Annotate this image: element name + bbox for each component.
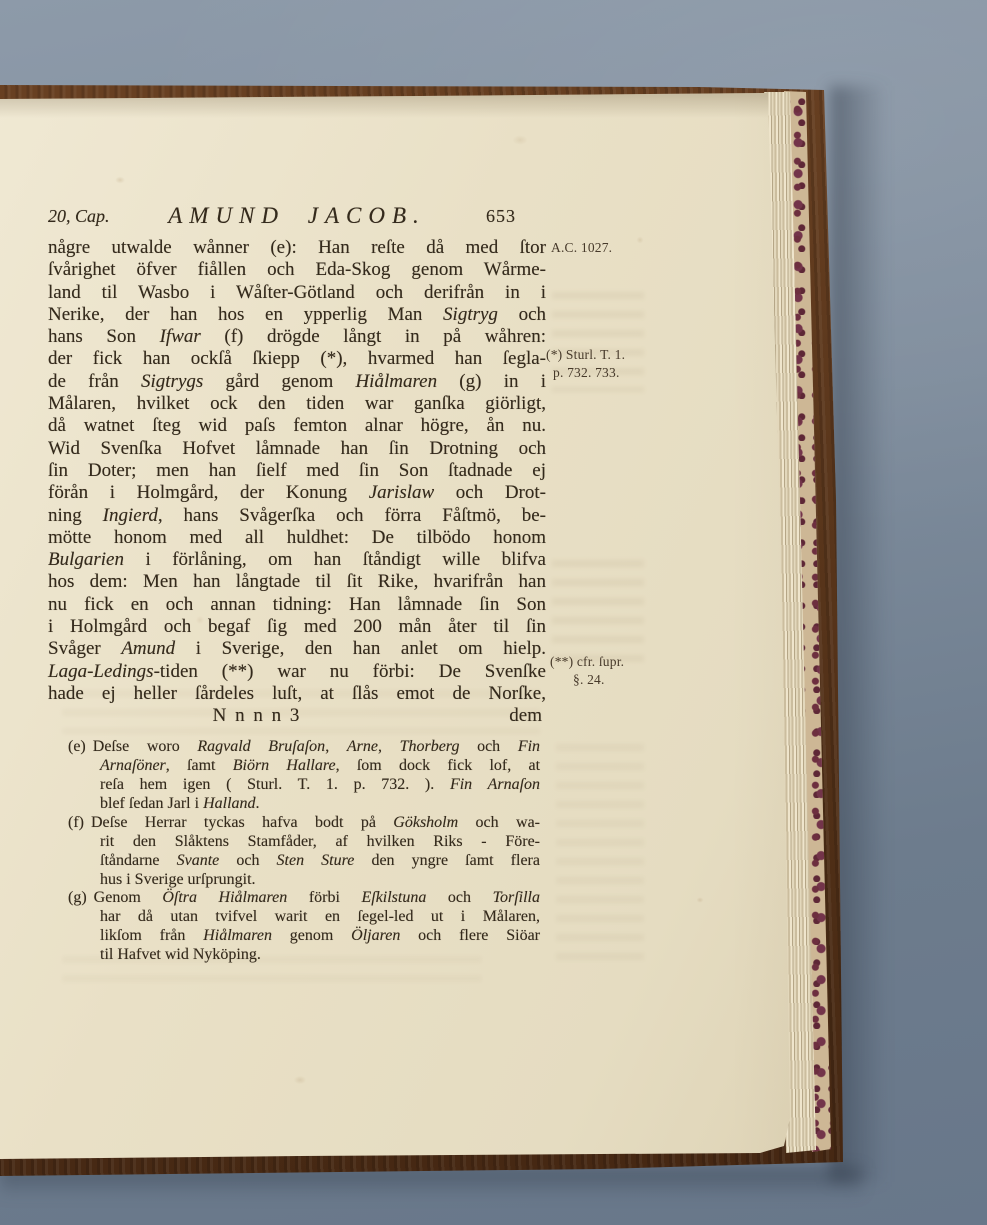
text-segment: förån i Holmgård, der Konung <box>48 482 369 503</box>
body-text: någre utwalde wånner (e): Han reſte då m… <box>48 237 546 705</box>
footnote-label: (g) <box>68 889 87 906</box>
text-segment: blef ſedan Jarl i <box>100 795 203 812</box>
text-line: någre utwalde wånner (e): Han reſte då m… <box>48 237 546 259</box>
text-line: rit den Slåktens Stamfåder, af hvilken R… <box>100 833 540 852</box>
italic-text: Göksholm <box>393 814 458 831</box>
text-segment: hus i Sverige urſprungit. <box>100 871 256 888</box>
text-line: (f)Deſse Herrar tyckas hafva bodt på Gök… <box>100 814 540 833</box>
footnote: (f)Deſse Herrar tyckas hafva bodt på Gök… <box>48 814 540 890</box>
text-line: har då utan tvifvel warit en ſegel-led u… <box>100 908 540 927</box>
italic-text: Laga-Ledings <box>48 661 154 682</box>
italic-text: Amund <box>121 638 175 659</box>
italic-text: Eſkilstuna <box>361 889 426 906</box>
italic-text: Fin Arnaſon <box>450 776 540 793</box>
text-line: Arnaſöner, ſamt Biörn Hallare, ſom dock … <box>100 757 540 776</box>
text-segment: i Holmgård och begaf ſig med 200 mån åte… <box>48 616 546 637</box>
show-through-texture <box>552 560 644 668</box>
text-segment: Målaren, hvilket ock den tiden war ganſk… <box>48 393 546 414</box>
footnote: (e)Deſse woro Ragvald Bruſaſon, Arne, Th… <box>48 738 540 814</box>
text-segment: -tiden (**) war nu förbi: De Svenſke <box>154 661 546 682</box>
text-line: hans Son Ifwar (f) drögde långt in på wå… <box>48 326 546 348</box>
footnotes-section: (e)Deſse woro Ragvald Bruſaſon, Arne, Th… <box>48 738 540 965</box>
text-segment: hans Son <box>48 326 160 347</box>
text-segment: mötte honom med all huldhet: De tilbödo … <box>48 527 546 548</box>
margin-note-line: A.C. 1027. <box>551 239 612 257</box>
text-segment: ſvårighet öfver fiållen och Eda-Skog gen… <box>48 259 546 280</box>
margin-note-line: (*) Sturl. T. 1. <box>546 346 625 364</box>
page-number: 653 <box>486 206 516 227</box>
text-line: (g)Genom Öſtra Hiålmaren förbi Eſkilstun… <box>100 889 540 908</box>
signature-mark: N n n n 3 <box>48 705 466 727</box>
italic-text: Öſtra Hiålmaren <box>162 889 287 906</box>
italic-text: Thorberg <box>400 738 460 755</box>
italic-text: Sigtryg <box>443 304 498 325</box>
text-segment: , ſamt <box>166 757 233 774</box>
italic-text: Svante <box>177 852 220 869</box>
text-segment: reſa hem igen ( Sturl. T. 1. p. 732. ). <box>100 776 450 793</box>
text-line: ſtåndarne Svante och Sten Sture den yngr… <box>100 852 540 871</box>
text-line: (e)Deſse woro Ragvald Bruſaſon, Arne, Th… <box>100 738 540 757</box>
text-segment: ſin Doter; men han ſielf med ſin Son ſta… <box>48 460 546 481</box>
text-line: Svåger Amund i Sverige, den han anlet om… <box>48 638 546 660</box>
text-segment: den yngre ſamt flera <box>354 852 540 869</box>
page-header: 20, Cap. AMUND JACOB. 653 <box>48 203 546 237</box>
italic-text: Sigtrygs <box>141 371 203 392</box>
italic-text: Sten Sture <box>277 852 355 869</box>
text-line: nu fick en och annan tidning: Han låmnad… <box>48 594 546 616</box>
text-segment: til Hafvet wid Nyköping. <box>100 946 261 963</box>
text-line: reſa hem igen ( Sturl. T. 1. p. 732. ). … <box>100 776 540 795</box>
text-segment: ſtåndarne <box>100 852 177 869</box>
text-segment: och flere Siöar <box>400 927 540 944</box>
italic-text: Öljaren <box>351 927 400 944</box>
italic-text: Arne <box>347 738 378 755</box>
italic-text: Arnaſöner <box>100 757 166 774</box>
margin-source-note: (*) Sturl. T. 1. p. 732. 733. <box>546 346 625 381</box>
text-segment: Deſse woro <box>93 738 198 755</box>
text-segment: rit den Slåktens Stamfåder, af hvilken R… <box>100 833 540 850</box>
text-segment: land til Wasbo i Wåſter-Götland och deri… <box>48 282 546 303</box>
text-line: likſom från Hiålmaren genom Öljaren och … <box>100 927 540 946</box>
catchword: dem <box>509 705 542 727</box>
text-segment: har då utan tvifvel warit en ſegel-led u… <box>100 908 540 925</box>
page-content: 20, Cap. AMUND JACOB. 653 någre utwalde … <box>48 203 546 965</box>
text-line: Laga-Ledings-tiden (**) war nu förbi: De… <box>48 661 546 683</box>
text-segment: ning <box>48 505 103 526</box>
text-segment: och <box>498 304 546 325</box>
text-segment: (g) in i <box>437 371 546 392</box>
text-line: ſvårighet öfver fiållen och Eda-Skog gen… <box>48 259 546 281</box>
text-segment: i förlåning, om han ſtåndigt wille blifv… <box>124 549 546 570</box>
text-segment: nu fick en och annan tidning: Han låmnad… <box>48 594 546 615</box>
italic-text: Halland <box>203 795 255 812</box>
text-segment: och <box>459 738 517 755</box>
italic-text: Jarislaw <box>369 482 434 503</box>
text-segment: i Sverige, den han anlet om hielp. <box>175 638 546 659</box>
text-segment: . <box>256 795 260 812</box>
text-segment: Nerike, der han hos en ypperlig Man <box>48 304 443 325</box>
text-line: i Holmgård och begaf ſig med 200 mån åte… <box>48 616 546 638</box>
text-line: Wid Svenſka Hofvet låmnade han ſin Drotn… <box>48 438 546 460</box>
text-segment: Svåger <box>48 638 121 659</box>
text-segment: hade ej heller ſårdeles luſt, at ſlås em… <box>48 683 546 704</box>
text-segment: och <box>219 852 276 869</box>
italic-text: Ifwar <box>160 326 201 347</box>
text-line: Målaren, hvilket ock den tiden war ganſk… <box>48 393 546 415</box>
text-line: hade ej heller ſårdeles luſt, at ſlås em… <box>48 683 546 705</box>
text-line: Bulgarien i förlåning, om han ſtåndigt w… <box>48 549 546 571</box>
margin-crossref-note: (**) cfr. ſupr. §. 24. <box>550 653 624 688</box>
text-line: ning Ingierd, hans Svågerſka och förra F… <box>48 505 546 527</box>
text-line: förån i Holmgård, der Konung Jarislaw oc… <box>48 482 546 504</box>
text-line: hos dem: Men han långtade til ſit Rike, … <box>48 571 546 593</box>
italic-text: Hiålmaren <box>203 927 272 944</box>
text-line: land til Wasbo i Wåſter-Götland och deri… <box>48 282 546 304</box>
italic-text: Bulgarien <box>48 549 124 570</box>
text-segment: och wa- <box>458 814 540 831</box>
text-line: blef ſedan Jarl i Halland. <box>100 795 540 814</box>
italic-text: Ragvald Bruſaſon <box>197 738 325 755</box>
italic-text: Torſilla <box>493 889 540 906</box>
scanned-book-photo: 20, Cap. AMUND JACOB. 653 någre utwalde … <box>0 0 987 1225</box>
text-segment: , <box>325 738 347 755</box>
margin-date-note: A.C. 1027. <box>551 239 612 257</box>
text-segment: någre utwalde wånner (e): Han reſte då m… <box>48 237 546 258</box>
footnote-label: (e) <box>68 738 86 755</box>
text-segment: och <box>426 889 492 906</box>
text-segment: och Drot- <box>434 482 546 503</box>
text-segment: , ſom dock fick lof, at <box>336 757 540 774</box>
text-segment: likſom från <box>100 927 203 944</box>
italic-text: Fin <box>518 738 540 755</box>
text-segment: genom <box>272 927 351 944</box>
text-segment: då watnet ſteg wid paſs femton alnar hög… <box>48 415 546 436</box>
signature-line: N n n n 3 dem <box>48 705 546 729</box>
text-segment: der fick han ockſå ſkiepp (*), hvarmed h… <box>48 348 546 369</box>
italic-text: Ingierd <box>103 505 158 526</box>
text-line: hus i Sverige urſprungit. <box>100 871 540 890</box>
footnote-label: (f) <box>68 814 84 831</box>
text-line: de från Sigtrygs gård genom Hiålmaren (g… <box>48 371 546 393</box>
show-through-texture <box>556 744 644 970</box>
text-segment: gård genom <box>203 371 355 392</box>
text-segment: , <box>378 738 400 755</box>
running-title: AMUND JACOB. <box>48 203 546 229</box>
margin-note-line: p. 732. 733. <box>546 364 625 382</box>
text-line: der fick han ockſå ſkiepp (*), hvarmed h… <box>48 348 546 370</box>
text-segment: hos dem: Men han långtade til ſit Rike, … <box>48 571 546 592</box>
text-line: Nerike, der han hos en ypperlig Man Sigt… <box>48 304 546 326</box>
margin-note-line: (**) cfr. ſupr. <box>550 653 624 671</box>
text-line: til Hafvet wid Nyköping. <box>100 946 540 965</box>
text-segment: , hans Svågerſka och förra Fåſtmö, be- <box>158 505 546 526</box>
text-segment: förbi <box>287 889 361 906</box>
italic-text: Hiålmaren <box>355 371 437 392</box>
text-line: mötte honom med all huldhet: De tilbödo … <box>48 527 546 549</box>
text-segment: Wid Svenſka Hofvet låmnade han ſin Drotn… <box>48 438 546 459</box>
text-line: då watnet ſteg wid paſs femton alnar hög… <box>48 415 546 437</box>
text-line: ſin Doter; men han ſielf med ſin Son ſta… <box>48 460 546 482</box>
italic-text: Biörn Hallare <box>233 757 336 774</box>
margin-note-line: §. 24. <box>550 671 624 689</box>
text-segment: Deſse Herrar tyckas hafva bodt på <box>91 814 393 831</box>
text-segment: (f) drögde långt in på wåhren: <box>201 326 546 347</box>
text-segment: de från <box>48 371 141 392</box>
footnote: (g)Genom Öſtra Hiålmaren förbi Eſkilstun… <box>48 889 540 965</box>
text-segment: Genom <box>94 889 163 906</box>
